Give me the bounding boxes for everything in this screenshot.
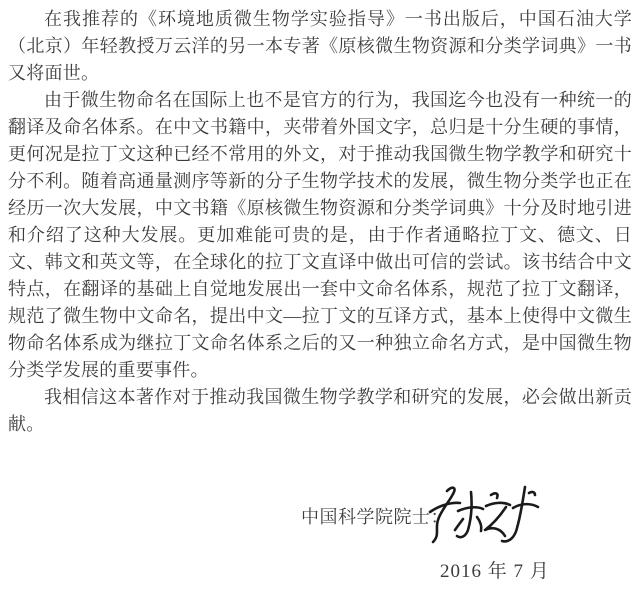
preface-page: 在我推荐的《环境地质微生物学实验指导》一书出版后，中国石油大学（北京）年轻教授万…: [0, 0, 640, 594]
paragraph-2: 由于微生物命名在国际上也不是官方的行为，我国迄今也没有一种统一的翻译及命名体系。…: [8, 87, 632, 384]
paragraph-3: 我相信这本著作对于推动我国微生物学教学和研究的发展，必会做出新贡献。: [8, 384, 632, 438]
paragraph-1: 在我推荐的《环境地质微生物学实验指导》一书出版后，中国石油大学（北京）年轻教授万…: [8, 6, 632, 87]
handwritten-signature: [427, 483, 545, 549]
preface-text: 在我推荐的《环境地质微生物学实验指导》一书出版后，中国石油大学（北京）年轻教授万…: [8, 6, 632, 438]
signoff-date: 2016 年 7 月: [440, 556, 550, 583]
